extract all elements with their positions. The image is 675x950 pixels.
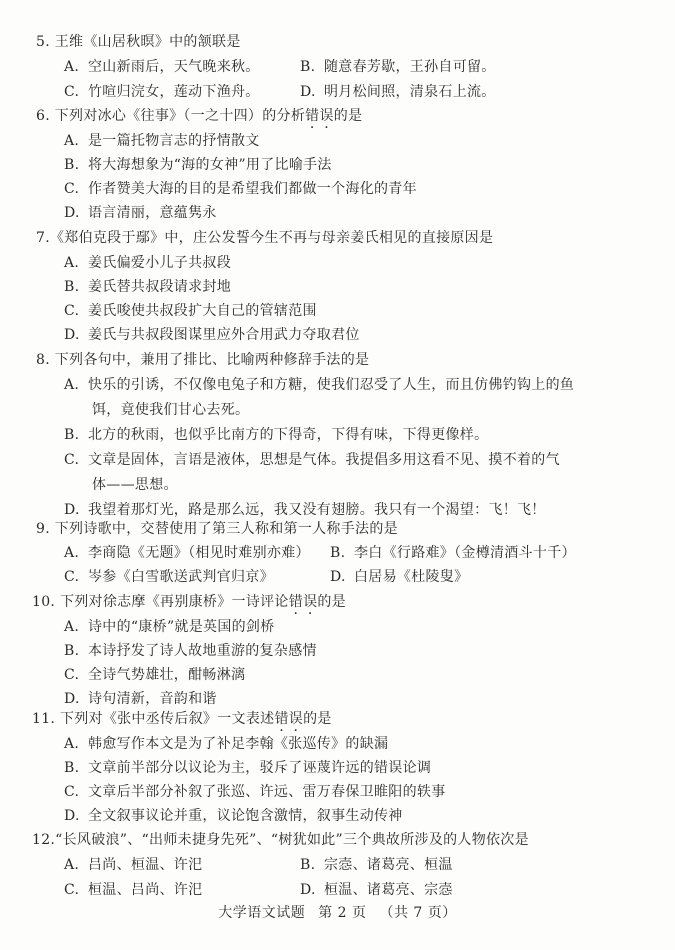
question-number: 12. xyxy=(32,830,55,850)
question-text: 的是 xyxy=(303,711,332,727)
option-text: 饵，竟使我们甘心去死。 xyxy=(92,402,249,418)
question-number: 6. xyxy=(36,106,50,126)
question-8-option-d: D.我望着那灯光，路是那么远，我又没有翅膀。我只有一个渴望：飞！飞！ xyxy=(64,500,546,520)
option-text: 诗句清新，音韵和谐 xyxy=(88,691,217,707)
option-label: A. xyxy=(64,375,88,395)
question-11-option-a: A.韩愈写作本文是为了补足李翰《张巡传》的缺漏 xyxy=(64,734,388,754)
exam-page: 5. 王维《山居秋暝》中的颔联是 A.空山新雨后，天气晚来秋。 B.随意春芳歇，… xyxy=(0,0,675,950)
option-text: 明月松间照，清泉石上流。 xyxy=(324,84,496,100)
question-text: 下列对《张中丞传后叙》一文表述 xyxy=(60,711,275,727)
option-label: A. xyxy=(64,855,88,875)
option-text: 韩愈写作本文是为了补足李翰《张巡传》的缺漏 xyxy=(88,736,388,752)
option-text: 全诗气势雄壮，酣畅淋漓 xyxy=(88,667,245,683)
question-12-option-a: A.吕尚、桓温、许汜 xyxy=(64,855,202,875)
emphasis-char: 错 xyxy=(289,594,303,610)
question-7-option-b: B.姜氏替共叔段请求封地 xyxy=(64,277,231,297)
option-label: B. xyxy=(330,543,354,563)
exam-title: 大学语文试题 xyxy=(218,905,305,921)
option-label: D. xyxy=(64,500,88,520)
question-9-option-b: B.李白《行路难》（金樽清酒斗十千） xyxy=(330,543,576,563)
question-5-option-a: A.空山新雨后，天气晚来秋。 xyxy=(64,57,260,77)
option-label: A. xyxy=(64,253,88,273)
question-text: 下列诗歌中，交替使用了第三人称和第一人称手法的是 xyxy=(55,521,398,537)
question-7-option-c: C.姜氏唆使共叔段扩大自己的管辖范围 xyxy=(64,301,317,321)
question-5-option-c: C.竹喧归浣女，莲动下渔舟。 xyxy=(64,82,260,102)
question-12-option-d: D.桓温、诸葛亮、宗悫 xyxy=(300,880,453,900)
question-number: 10. xyxy=(32,592,55,612)
option-text: 随意春芳歇，王孙自可留。 xyxy=(324,59,496,75)
option-text: 宗悫、诸葛亮、桓温 xyxy=(324,857,453,873)
option-label: C. xyxy=(64,450,88,470)
option-text: 桓温、吕尚、许汜 xyxy=(88,882,202,898)
emphasis-char: 误 xyxy=(303,594,317,610)
question-11-option-b: B.文章前半部分以议论为主，驳斥了诬蔑许远的错误论调 xyxy=(64,758,431,778)
question-8-option-c-continued: 体——思想。 xyxy=(92,475,178,495)
option-text: 空山新雨后，天气晚来秋。 xyxy=(88,59,260,75)
option-text: 是一篇托物言志的抒情散文 xyxy=(88,133,260,149)
option-label: B. xyxy=(300,855,324,875)
question-text: 的是 xyxy=(334,108,363,124)
option-text: 本诗抒发了诗人故地重游的复杂感情 xyxy=(88,643,317,659)
option-text: 体——思想。 xyxy=(92,477,178,493)
option-label: A. xyxy=(64,617,88,637)
question-10-option-d: D.诗句清新，音韵和谐 xyxy=(64,689,217,709)
total-pages: （共 7 页） xyxy=(379,905,456,921)
option-label: C. xyxy=(64,567,88,587)
question-5-option-b: B.随意春芳歇，王孙自可留。 xyxy=(300,57,496,77)
question-text: 下列各句中，兼用了排比、比喻两种修辞手法的是 xyxy=(55,352,370,368)
option-text: 语言清丽，意蕴隽永 xyxy=(88,205,217,221)
option-label: A. xyxy=(64,131,88,151)
option-label: B. xyxy=(64,277,88,297)
option-label: C. xyxy=(64,179,88,199)
option-label: D. xyxy=(300,880,324,900)
option-label: B. xyxy=(64,641,88,661)
question-11-option-c: C.文章后半部分补叙了张巡、许远、雷万春保卫睢阳的轶事 xyxy=(64,782,446,802)
question-8-option-b: B.北方的秋雨，也似乎比南方的下得奇，下得有味，下得更像样。 xyxy=(64,425,488,445)
emphasis-char: 误 xyxy=(319,108,333,124)
question-10-option-c: C.全诗气势雄壮，酣畅淋漓 xyxy=(64,665,245,685)
question-8-option-a-continued: 饵，竟使我们甘心去死。 xyxy=(92,400,249,420)
question-7-option-d: D.姜氏与共叔段图谋里应外合用武力夺取君位 xyxy=(64,325,360,345)
option-text: 文章是固体，言语是液体，思想是气体。我提倡多用这看不见、摸不着的气 xyxy=(88,452,560,468)
question-number: 7. xyxy=(36,228,50,248)
question-number: 5. xyxy=(36,32,50,52)
option-label: A. xyxy=(64,543,88,563)
question-8-option-a: A.快乐的引诱，不仅像电兔子和方糖，使我们忍受了人生，而且仿佛钓钩上的鱼 xyxy=(64,375,574,395)
question-9-stem: 9. 下列诗歌中，交替使用了第三人称和第一人称手法的是 xyxy=(36,519,398,539)
option-text: 北方的秋雨，也似乎比南方的下得奇，下得有味，下得更像样。 xyxy=(88,427,488,443)
question-6-stem: 6. 下列对冰心《往事》（一之十四）的分析错误的是 xyxy=(36,106,362,126)
option-label: D. xyxy=(300,82,324,102)
question-6-option-d: D.语言清丽，意蕴隽永 xyxy=(64,203,217,223)
question-5-option-d: D.明月松间照，清泉石上流。 xyxy=(300,82,496,102)
question-12-stem: 12.“长风破浪”、“出师未捷身先死”、“树犹如此”三个典故所涉及的人物依次是 xyxy=(32,830,529,850)
option-text: 岑参《白雪歌送武判官归京》 xyxy=(88,569,274,585)
question-8-stem: 8. 下列各句中，兼用了排比、比喻两种修辞手法的是 xyxy=(36,350,369,370)
question-text: 下列对冰心《往事》（一之十四）的分析 xyxy=(55,108,305,124)
option-text: 姜氏与共叔段图谋里应外合用武力夺取君位 xyxy=(88,327,360,343)
question-number: 11. xyxy=(32,709,55,729)
option-text: 文章后半部分补叙了张巡、许远、雷万春保卫睢阳的轶事 xyxy=(88,784,446,800)
option-label: B. xyxy=(64,425,88,445)
page-footer: 大学语文试题 第 2 页 （共 7 页） xyxy=(0,903,675,923)
question-7-option-a: A.姜氏偏爱小儿子共叔段 xyxy=(64,253,231,273)
question-11-stem: 11. 下列对《张中丞传后叙》一文表述错误的是 xyxy=(32,709,332,729)
option-label: D. xyxy=(64,325,88,345)
question-6-option-b: B.将大海想象为“海的女神”用了比喻手法 xyxy=(64,155,332,175)
emphasis-char: 误 xyxy=(289,711,303,727)
question-text: 《郑伯克段于鄢》中，庄公发誓今生不再与母亲姜氏相见的直接原因是 xyxy=(50,230,493,246)
question-12-option-c: C.桓温、吕尚、许汜 xyxy=(64,880,202,900)
question-5-stem: 5. 王维《山居秋暝》中的颔联是 xyxy=(36,32,241,52)
option-label: B. xyxy=(64,758,88,778)
question-number: 9. xyxy=(36,519,50,539)
page-number: 第 2 页 xyxy=(318,905,366,921)
option-label: D. xyxy=(64,203,88,223)
option-label: A. xyxy=(64,57,88,77)
option-text: 将大海想象为“海的女神”用了比喻手法 xyxy=(88,157,332,173)
question-text: 下列对徐志摩《再别康桥》一诗评论 xyxy=(60,594,289,610)
option-text: 李白《行路难》（金樽清酒斗十千） xyxy=(354,545,576,561)
question-10-option-b: B.本诗抒发了诗人故地重游的复杂感情 xyxy=(64,641,317,661)
option-label: C. xyxy=(64,82,88,102)
option-text: 桓温、诸葛亮、宗悫 xyxy=(324,882,453,898)
option-label: B. xyxy=(64,155,88,175)
emphasis-char: 错 xyxy=(305,108,319,124)
option-text: 全文叙事议论并重，议论饱含激情，叙事生动传神 xyxy=(88,808,403,824)
option-text: 姜氏唆使共叔段扩大自己的管辖范围 xyxy=(88,303,317,319)
option-label: D. xyxy=(64,689,88,709)
option-text: 我望着那灯光，路是那么远，我又没有翅膀。我只有一个渴望：飞！飞！ xyxy=(88,502,546,518)
option-label: C. xyxy=(64,782,88,802)
option-text: 文章前半部分以议论为主，驳斥了诬蔑许远的错误论调 xyxy=(88,760,431,776)
option-text: 姜氏替共叔段请求封地 xyxy=(88,279,231,295)
question-10-stem: 10. 下列对徐志摩《再别康桥》一诗评论错误的是 xyxy=(32,592,346,612)
option-text: 竹喧归浣女，莲动下渔舟。 xyxy=(88,84,260,100)
option-label: A. xyxy=(64,734,88,754)
question-10-option-a: A.诗中的“康桥”就是英国的剑桥 xyxy=(64,617,275,637)
option-label: D. xyxy=(64,806,88,826)
question-number: 8. xyxy=(36,350,50,370)
question-12-option-b: B.宗悫、诸葛亮、桓温 xyxy=(300,855,453,875)
option-label: B. xyxy=(300,57,324,77)
option-text: 白居易《杜陵叟》 xyxy=(354,569,468,585)
option-label: D. xyxy=(330,567,354,587)
question-text: 王维《山居秋暝》中的颔联是 xyxy=(55,34,241,50)
emphasis-char: 错 xyxy=(274,711,288,727)
option-label: C. xyxy=(64,665,88,685)
question-9-option-a: A.李商隐《无题》（相见时难别亦难） xyxy=(64,543,310,563)
question-9-option-c: C.岑参《白雪歌送武判官归京》 xyxy=(64,567,274,587)
question-text: “长风破浪”、“出师未捷身先死”、“树犹如此”三个典故所涉及的人物依次是 xyxy=(55,832,529,848)
option-text: 李商隐《无题》（相见时难别亦难） xyxy=(88,545,310,561)
option-label: C. xyxy=(64,301,88,321)
question-9-option-d: D.白居易《杜陵叟》 xyxy=(330,567,468,587)
option-text: 作者赞美大海的目的是希望我们都做一个海化的青年 xyxy=(88,181,417,197)
option-text: 姜氏偏爱小儿子共叔段 xyxy=(88,255,231,271)
question-6-option-a: A.是一篇托物言志的抒情散文 xyxy=(64,131,260,151)
question-6-option-c: C.作者赞美大海的目的是希望我们都做一个海化的青年 xyxy=(64,179,417,199)
option-text: 吕尚、桓温、许汜 xyxy=(88,857,202,873)
question-8-option-c: C.文章是固体，言语是液体，思想是气体。我提倡多用这看不见、摸不着的气 xyxy=(64,450,560,470)
question-11-option-d: D.全文叙事议论并重，议论饱含激情，叙事生动传神 xyxy=(64,806,403,826)
option-label: C. xyxy=(64,880,88,900)
question-7-stem: 7.《郑伯克段于鄢》中，庄公发誓今生不再与母亲姜氏相见的直接原因是 xyxy=(36,228,493,248)
option-text: 快乐的引诱，不仅像电兔子和方糖，使我们忍受了人生，而且仿佛钓钩上的鱼 xyxy=(88,377,574,393)
question-text: 的是 xyxy=(317,594,346,610)
option-text: 诗中的“康桥”就是英国的剑桥 xyxy=(88,619,275,635)
